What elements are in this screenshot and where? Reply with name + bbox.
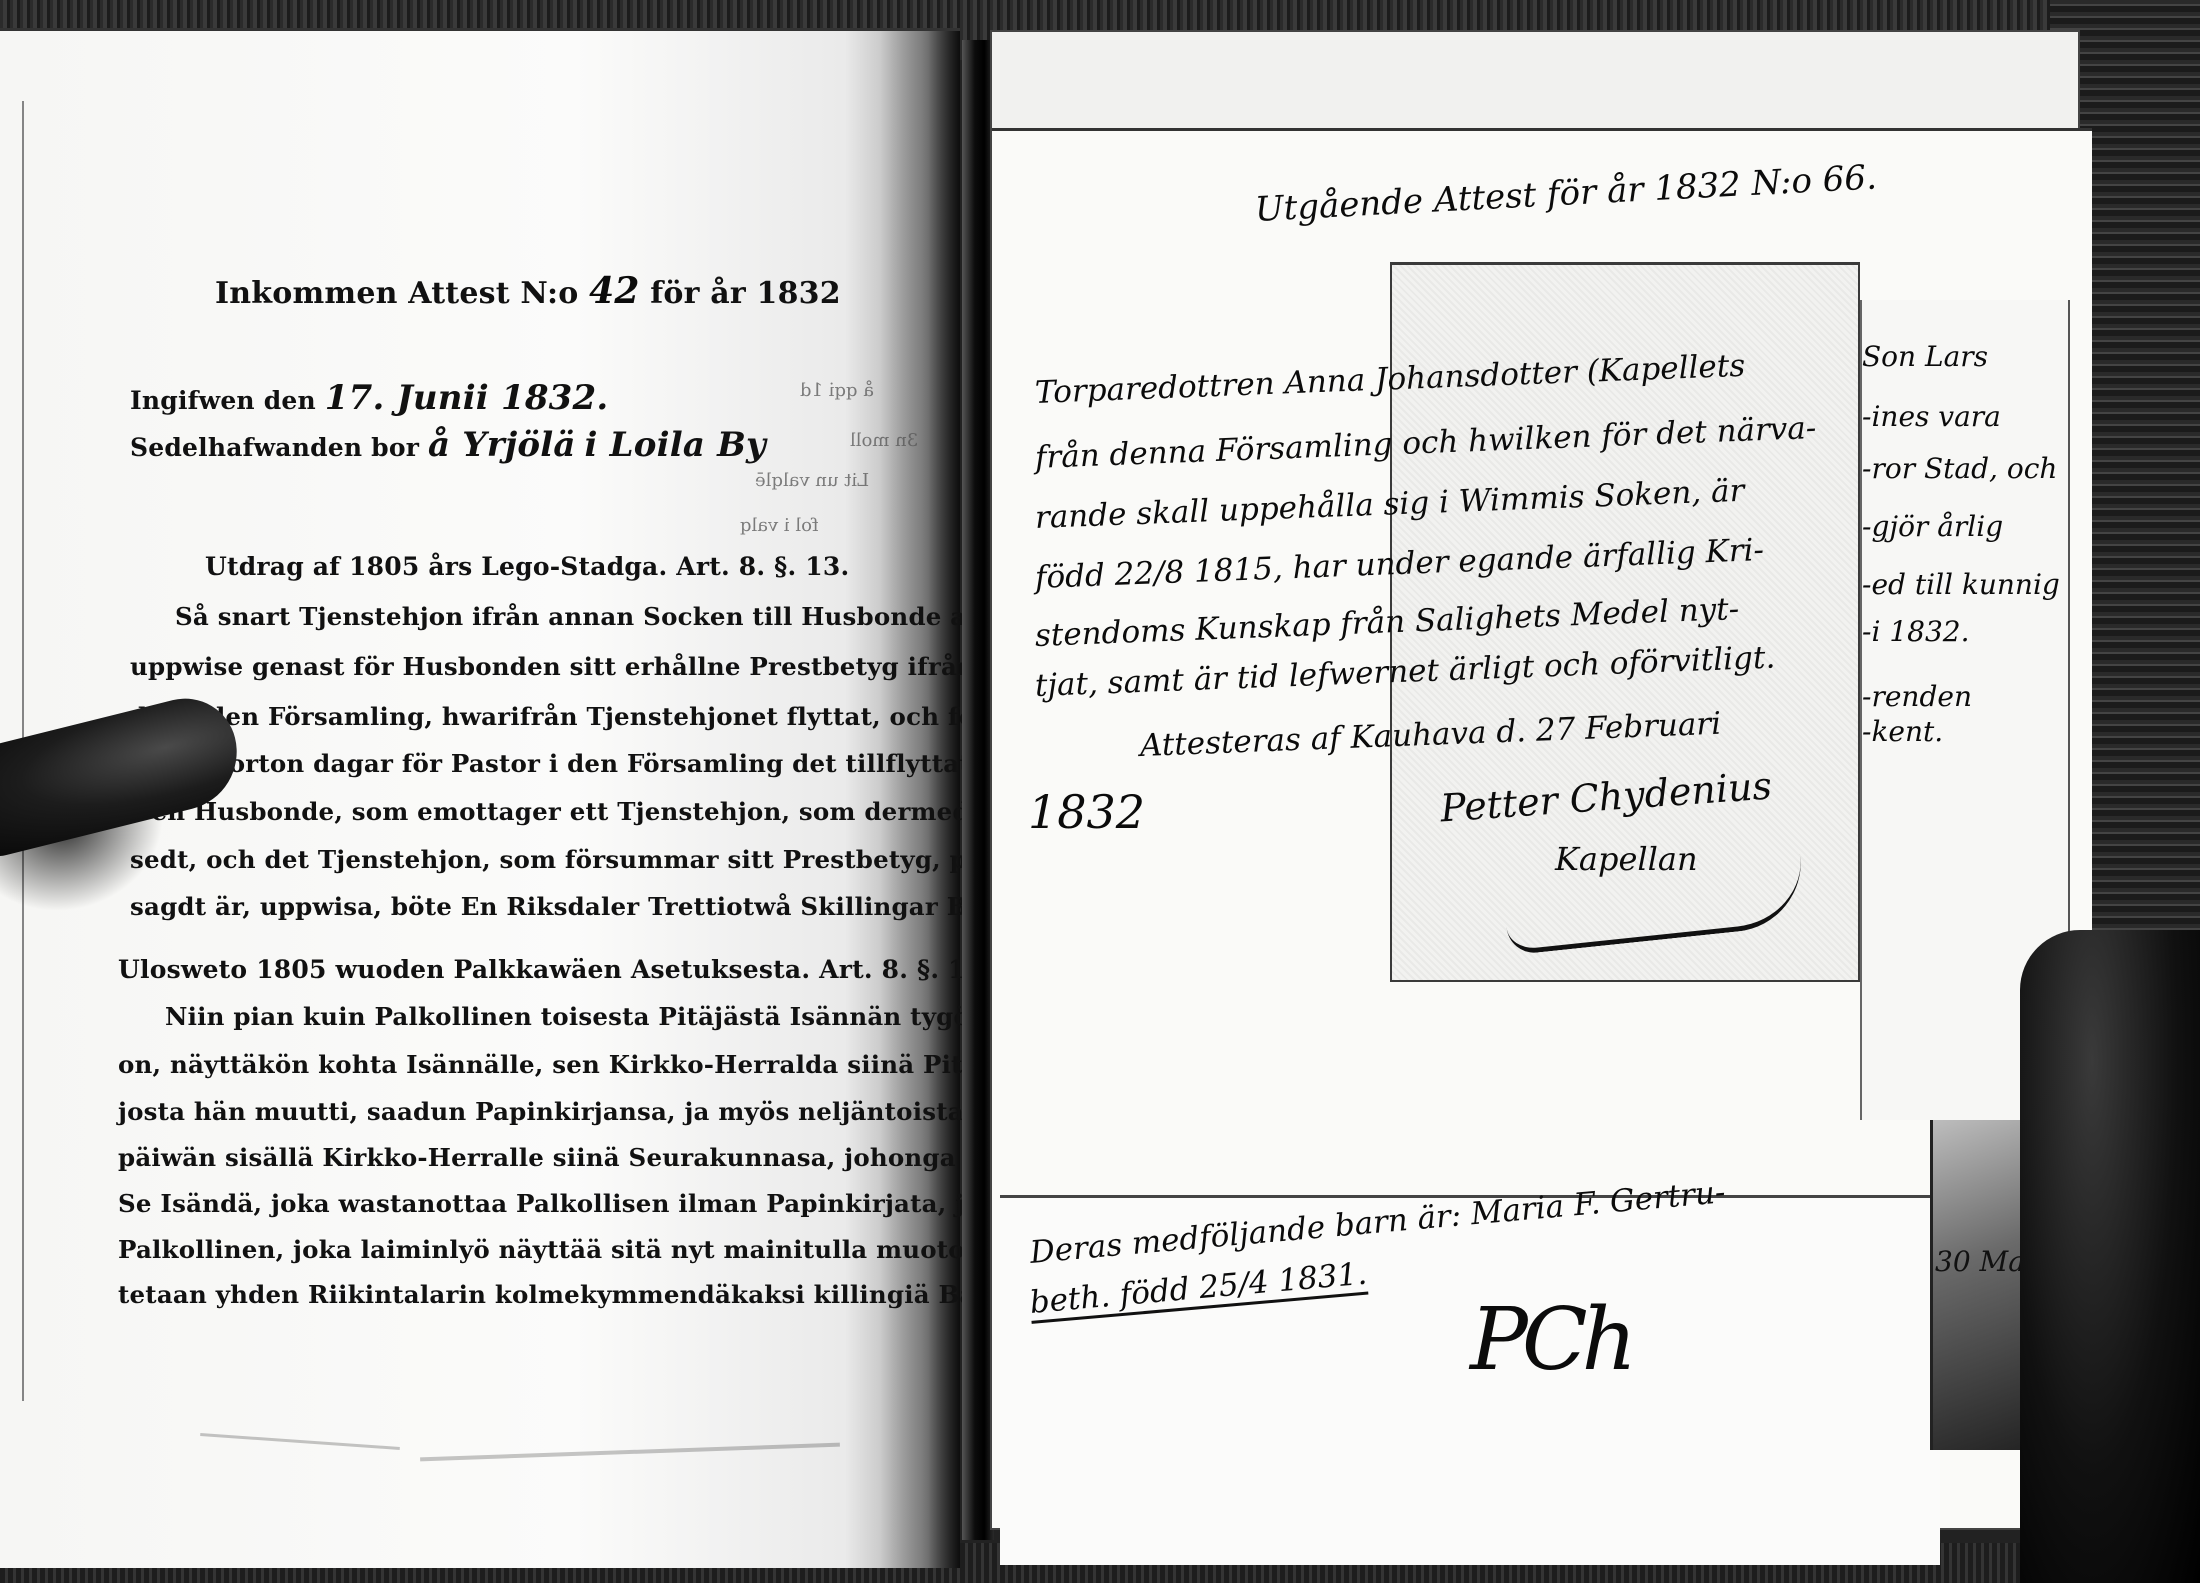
finnish-section-heading: Ulosweto 1805 wuoden Palkkawäen Asetukse…	[118, 955, 992, 984]
margin-fragment: -renden	[1862, 680, 1972, 713]
field-label: Ingifwen den	[130, 386, 316, 415]
clamp-occluder	[2020, 930, 2200, 1583]
swedish-text-line: den i den Församling, hwarifrån Tjensteh…	[130, 705, 1085, 730]
swedish-section-heading: Utdrag af 1805 års Lego-Stadga. Art. 8. …	[205, 552, 849, 581]
monogram-signature: PCh	[1470, 1290, 1631, 1390]
swedish-text-line: inom fjorton dagar för Pastor i den Förs…	[130, 752, 980, 777]
finnish-text-line: Se Isändä, joka wastanottaa Palkollisen …	[118, 1192, 1019, 1217]
margin-fragment: -ror Stad, och	[1862, 452, 2057, 485]
finnish-text-line: päiwän sisällä Kirkko-Herralle siinä Seu…	[118, 1146, 1104, 1171]
finnish-text-line: on, näyttäkön kohta Isännälle, sen Kirkk…	[118, 1053, 1043, 1078]
field-value: i Loila By	[584, 425, 766, 465]
margin-fragment: -kent.	[1862, 715, 1943, 748]
year-mark: 1832	[1028, 785, 1145, 839]
margin-fragment: Son Lars	[1862, 340, 1988, 373]
bleed-through-text: Lit un valqlē	[755, 470, 869, 491]
bleed-through-text: 3n moll	[850, 430, 918, 451]
document-scan: Inkommen Attest N:o 42 för år 1832 Ingif…	[0, 0, 2200, 1583]
finnish-text-line: Palkollinen, joka laiminlyö näyttää sitä…	[118, 1238, 1073, 1263]
finnish-text-line: tetaan yhden Riikintalarin kolmekymmendä…	[118, 1283, 1052, 1308]
finnish-text-line: Niin pian kuin Palkollinen toisesta Pitä…	[165, 1005, 1057, 1030]
field-label: Sedelhafwanden bor	[130, 433, 419, 462]
swedish-text-line: sedt, och det Tjenstehjon, som försummar…	[130, 848, 1090, 873]
margin-fragment: -i 1832.	[1862, 615, 1969, 648]
margin-fragment: -ed till kunnig	[1862, 568, 2060, 601]
field-value: 17. Junii 1832.	[325, 378, 609, 418]
field-value: å Yrjölä	[428, 425, 576, 465]
margin-fragment: -gjör årlig	[1862, 510, 2003, 543]
bleed-through-text: å qqi̇ 1d	[800, 380, 874, 401]
swedish-text-line: sagdt är, uppwisa, böte En Riksdaler Tre…	[130, 895, 1042, 920]
attest-number: 42	[589, 270, 640, 312]
margin-fragment: -ines vara	[1862, 400, 2001, 433]
submitted-date-field: Ingifwen den 17. Junii 1832.	[130, 378, 608, 418]
bleed-through-text: fol i valq	[740, 515, 819, 536]
incoming-attest-title: Inkommen Attest N:o 42 för år 1832	[215, 270, 841, 312]
title-prefix: Inkommen Attest N:o	[215, 276, 578, 311]
title-suffix: för år 1832	[650, 276, 841, 311]
holder-residence-field: Sedelhafwanden bor å Yrjölä i Loila By	[130, 425, 766, 465]
